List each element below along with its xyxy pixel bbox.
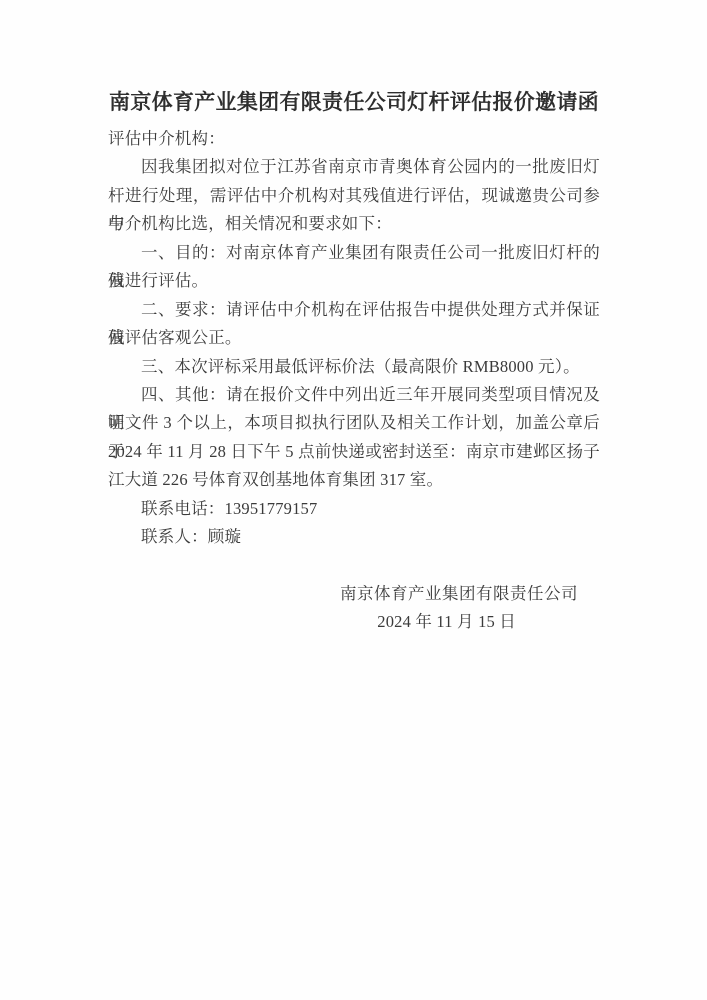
body-line: 江大道 226 号体育双创基地体育集团 317 室。 [108,466,600,494]
body-line: 中介机构比选，相关情况和要求如下： [108,210,600,238]
body-line: 2024 年 11 月 28 日下午 5 点前快递或密封送至：南京市建邺区扬子 [108,438,600,466]
spacer-line [108,552,600,580]
contact-phone-line: 联系电话：13951779157 [108,495,600,523]
letter-body: 南京体育产业集团有限责任公司灯杆评估报价邀请函 评估中介机构： 因我集团拟对位于… [108,87,600,637]
body-line: 杆进行处理，需评估中介机构对其残值进行评估，现诚邀贵公司参与 [108,182,600,210]
body-line: 值进行评估。 [108,267,600,295]
body-line: 值评估客观公正。 [108,324,600,352]
signature-company: 南京体育产业集团有限责任公司 [108,580,600,608]
body-line-requirement: 二、要求：请评估中介机构在评估报告中提供处理方式并保证残 [108,296,600,324]
body-line-purpose: 一、目的：对南京体育产业集团有限责任公司一批废旧灯杆的残 [108,239,600,267]
salutation-line: 评估中介机构： [108,125,600,153]
contact-person-line: 联系人：顾璇 [108,523,600,551]
letter-title: 南京体育产业集团有限责任公司灯杆评估报价邀请函 [108,87,600,117]
body-line-price-method: 三、本次评标采用最低评标价法（最高限价 RMB8000 元）。 [108,353,600,381]
document-page: 南京体育产业集团有限责任公司灯杆评估报价邀请函 评估中介机构： 因我集团拟对位于… [0,0,707,1000]
body-line-other: 四、其他：请在报价文件中列出近三年开展同类型项目情况及证 [108,381,600,409]
body-line: 因我集团拟对位于江苏省南京市青奥体育公园内的一批废旧灯 [108,153,600,181]
signature-date: 2024 年 11 月 15 日 [108,608,600,636]
body-line: 明文件 3 个以上，本项目拟执行团队及相关工作计划，加盖公章后于 [108,409,600,437]
